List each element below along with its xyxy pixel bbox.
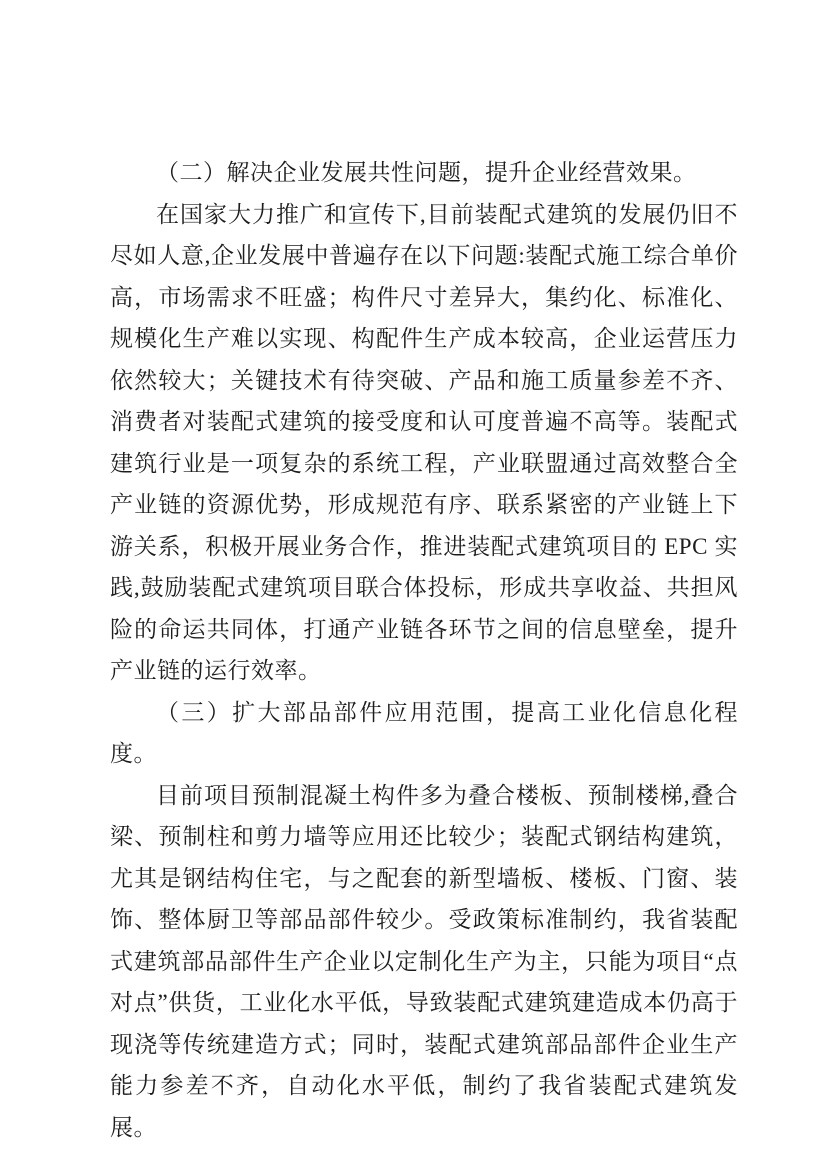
document-page: （二）解决企业发展共性问题，提升企业经营效果。在国家大力推广和宣传下,目前装配式… [0, 0, 826, 1169]
paragraph-body: 在国家大力推广和宣传下,目前装配式建筑的发展仍旧不尽如人意,企业发展中普遍存在以… [110, 194, 738, 692]
paragraph-heading: （二）解决企业发展共性问题，提升企业经营效果。 [110, 152, 738, 194]
document-body: （二）解决企业发展共性问题，提升企业经营效果。在国家大力推广和宣传下,目前装配式… [110, 152, 738, 1148]
paragraph-heading: （三）扩大部品部件应用范围，提高工业化信息化程度。 [110, 692, 738, 775]
paragraph-body: 目前项目预制混凝土构件多为叠合楼板、预制楼梯,叠合梁、预制柱和剪力墙等应用还比较… [110, 775, 738, 1149]
